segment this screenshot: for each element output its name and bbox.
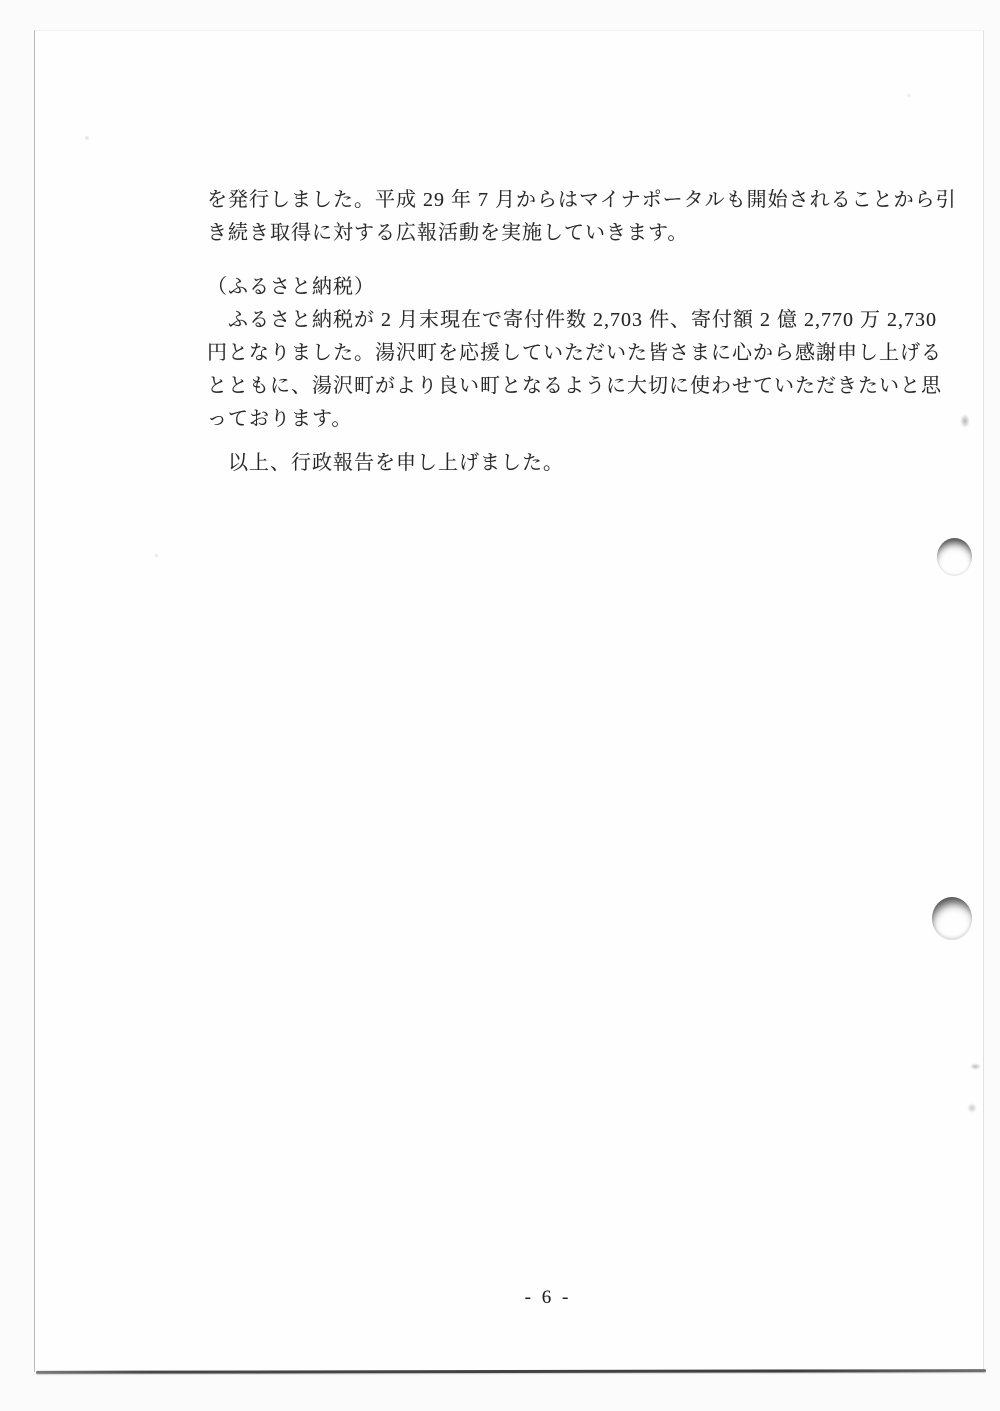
punch-hole-top <box>937 538 972 576</box>
section-heading: （ふるさと納税） <box>207 271 942 304</box>
scan-speck <box>84 135 90 141</box>
closing-line: 以上、行政報告を申し上げました。 <box>207 447 564 480</box>
body-text-line: き続き取得に対する広報活動を実施していきます。 <box>207 217 957 250</box>
body-text-line: とともに、湯沢町がより良い町となるように大切に使わせていただきたいと思 <box>207 370 942 403</box>
section-furusato-nozei: （ふるさと納税） ふるさと納税が 2 月末現在で寄付件数 2,703 件、寄付額… <box>207 271 942 436</box>
scan-speck <box>967 1103 977 1113</box>
scan-speck <box>154 553 159 558</box>
paragraph-mynumber-card: を発行しました。平成 29 年 7 月からはマイナポータルも開始されることから引… <box>207 184 957 250</box>
closing-statement: 以上、行政報告を申し上げました。 <box>207 447 564 480</box>
page-bottom-edge-shadow <box>36 1369 986 1374</box>
body-text-line: を発行しました。平成 29 年 7 月からはマイナポータルも開始されることから引 <box>207 184 957 217</box>
scan-speck <box>960 414 970 428</box>
scanned-page: を発行しました。平成 29 年 7 月からはマイナポータルも開始されることから引… <box>34 30 984 1372</box>
scan-speck <box>970 1063 981 1070</box>
body-text-line: ふるさと納税が 2 月末現在で寄付件数 2,703 件、寄付額 2 億 2,77… <box>207 304 942 337</box>
scan-speck <box>906 93 912 98</box>
body-text-line: っております。 <box>207 403 942 436</box>
page-number: - 6 - <box>48 1287 1000 1309</box>
body-text-line: 円となりました。湯沢町を応援していただいた皆さまに心から感謝申し上げる <box>207 337 942 370</box>
punch-hole-bottom <box>932 897 972 940</box>
